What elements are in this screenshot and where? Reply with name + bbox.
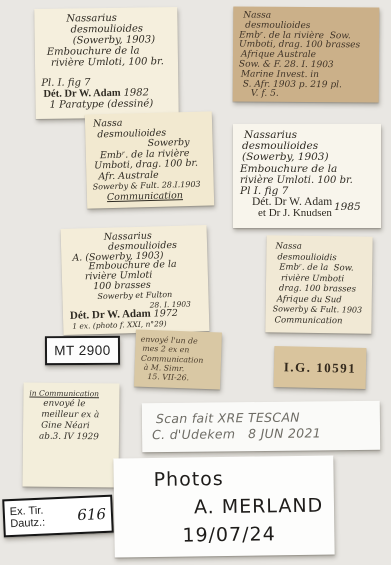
label-line: (Sowerby, 1903) bbox=[240, 152, 374, 163]
det-year: 1985 bbox=[334, 201, 361, 213]
label-line: Photos bbox=[123, 464, 323, 495]
label-nassa-sowerby-communication: Nassa desmoulioides Sowerby Embʳ. de la … bbox=[85, 111, 214, 208]
label-line: Embouchure de la bbox=[240, 164, 374, 175]
label-line: envoyé le bbox=[29, 399, 113, 411]
label-line: Embʳ. de la Sow. bbox=[273, 262, 365, 274]
label-ex-tir-dautz: Ex. Tir. Dautz.: 616 bbox=[2, 495, 114, 538]
label-line: 1 Paratype (dessiné) bbox=[42, 98, 173, 111]
label-mt-2900: MT 2900 bbox=[45, 336, 120, 365]
det-year: 1972 bbox=[154, 308, 178, 320]
label-line: drag. 100 brasses bbox=[273, 283, 365, 295]
label-line: ab.3. IV 1929 bbox=[29, 432, 113, 444]
note-communication-1929: in Communication envoyé le meilleur ex à… bbox=[22, 383, 119, 488]
label-photos-merland: Photos A. MERLAND 19/07/24 bbox=[113, 455, 334, 557]
note-envoi-1926: envoyé l'un de mes 2 ex en Communication… bbox=[134, 330, 222, 390]
label-line: C. d'Udekem 8 JUN 2021 bbox=[152, 425, 370, 443]
label-nassarius-adam-1982: Nassarius desmoulioides (Sowerby, 1903) … bbox=[34, 7, 179, 119]
label-line: A. MERLAND bbox=[124, 492, 324, 523]
det-stamp: Dét. Dr W. Adam bbox=[252, 196, 332, 208]
label-nassarius-adam-1985: Nassarius desmoulioides (Sowerby, 1903) … bbox=[233, 124, 381, 228]
label-line: (Sowerby, 1903) bbox=[41, 34, 172, 47]
label-line: 19/07/24 bbox=[124, 520, 324, 551]
inventory-number: I.G. 10591 bbox=[284, 359, 357, 377]
label-line: meilleur ex à bbox=[29, 410, 113, 422]
label-line: et Dr J. Knudsen1985 bbox=[240, 208, 374, 219]
label-line: in Communication bbox=[29, 388, 113, 400]
label-line: Gine Néari bbox=[29, 421, 113, 433]
note-scan-2021: Scan fait XRE TESCAN C. d'Udekem 8 JUN 2… bbox=[142, 401, 381, 452]
label-nassa-afrique-du-sud: Nassa desmoulioidis Embʳ. de la Sow. riv… bbox=[265, 235, 372, 333]
exchange-label-number: 616 bbox=[77, 505, 106, 524]
label-nassa-afrique-australe: Nassa desmoulioides Embʳ. de la rivière … bbox=[233, 6, 380, 102]
label-line: Sowerby & Fult. 1903 bbox=[273, 304, 365, 316]
label-line: 15. VII-26. bbox=[139, 372, 215, 384]
label-line: Communication bbox=[272, 315, 364, 327]
exchange-label-prefix: Ex. Tir. Dautz.: bbox=[10, 503, 76, 530]
det-year: 1982 bbox=[123, 87, 149, 98]
label-line: V. f. 5. bbox=[239, 90, 373, 101]
collection-number: MT 2900 bbox=[54, 343, 111, 358]
label-scan-sheet: Nassarius desmoulioides (Sowerby, 1903) … bbox=[0, 0, 391, 565]
label-line: Communication bbox=[93, 190, 208, 204]
label-nassarius-adam-1972: Nassarius desmoulioides A. (Sowerby, 190… bbox=[61, 225, 210, 335]
label-ig-10591: I.G. 10591 bbox=[274, 346, 367, 389]
label-line: rivière Umloti, 100 br. bbox=[41, 56, 172, 69]
det-second-line: et Dr J. Knudsen bbox=[258, 207, 332, 219]
label-line: Nassa bbox=[273, 241, 365, 253]
